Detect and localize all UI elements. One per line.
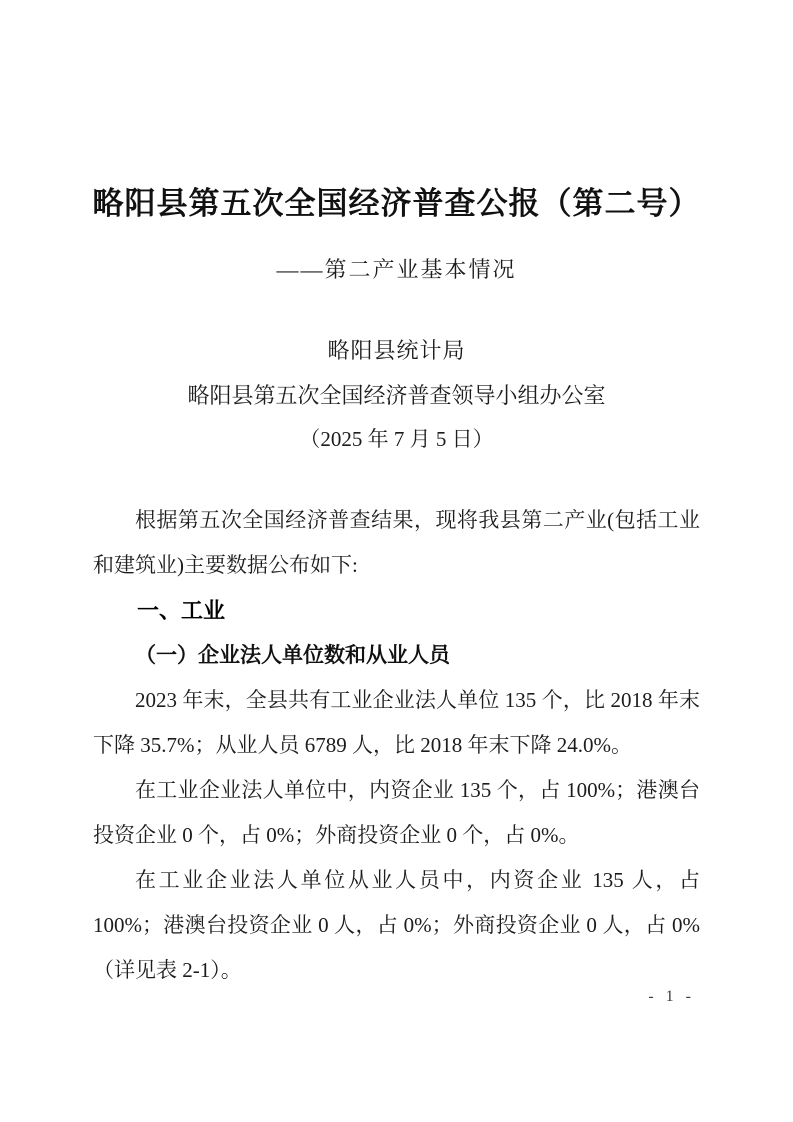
issuer-census-leading-group-office: 略阳县第五次全国经济普查领导小组办公室 <box>0 379 793 410</box>
intro-paragraph: 根据第五次全国经济普查结果，现将我县第二产业(包括工业和建筑业)主要数据公布如下… <box>93 498 700 588</box>
document-page: 略阳县第五次全国经济普查公报（第二号） ——第二产业基本情况 略阳县统计局 略阳… <box>0 0 793 1122</box>
document-title: 略阳县第五次全国经济普查公报（第二号） <box>0 178 793 223</box>
issuer-statistics-bureau: 略阳县统计局 <box>0 334 793 365</box>
document-subtitle: ——第二产业基本情况 <box>0 253 793 284</box>
document-body: 根据第五次全国经济普查结果，现将我县第二产业(包括工业和建筑业)主要数据公布如下… <box>93 498 700 993</box>
page-number: - 1 - <box>648 988 695 1006</box>
subsection-heading-legal-entities: （一）企业法人单位数和从业人员 <box>93 633 700 678</box>
body-paragraph-units-by-ownership: 在工业企业法人单位中，内资企业 135 个，占 100%；港澳台投资企业 0 个… <box>93 768 700 858</box>
body-paragraph-units-and-employees: 2023 年末，全县共有工业企业法人单位 135 个，比 2018 年末下降 3… <box>93 678 700 768</box>
document-date: （2025 年 7 月 5 日） <box>0 423 793 453</box>
body-paragraph-employees-by-ownership: 在工业企业法人单位从业人员中，内资企业 135 人，占 100%；港澳台投资企业… <box>93 858 700 993</box>
section-heading-industry: 一、工业 <box>93 588 700 633</box>
